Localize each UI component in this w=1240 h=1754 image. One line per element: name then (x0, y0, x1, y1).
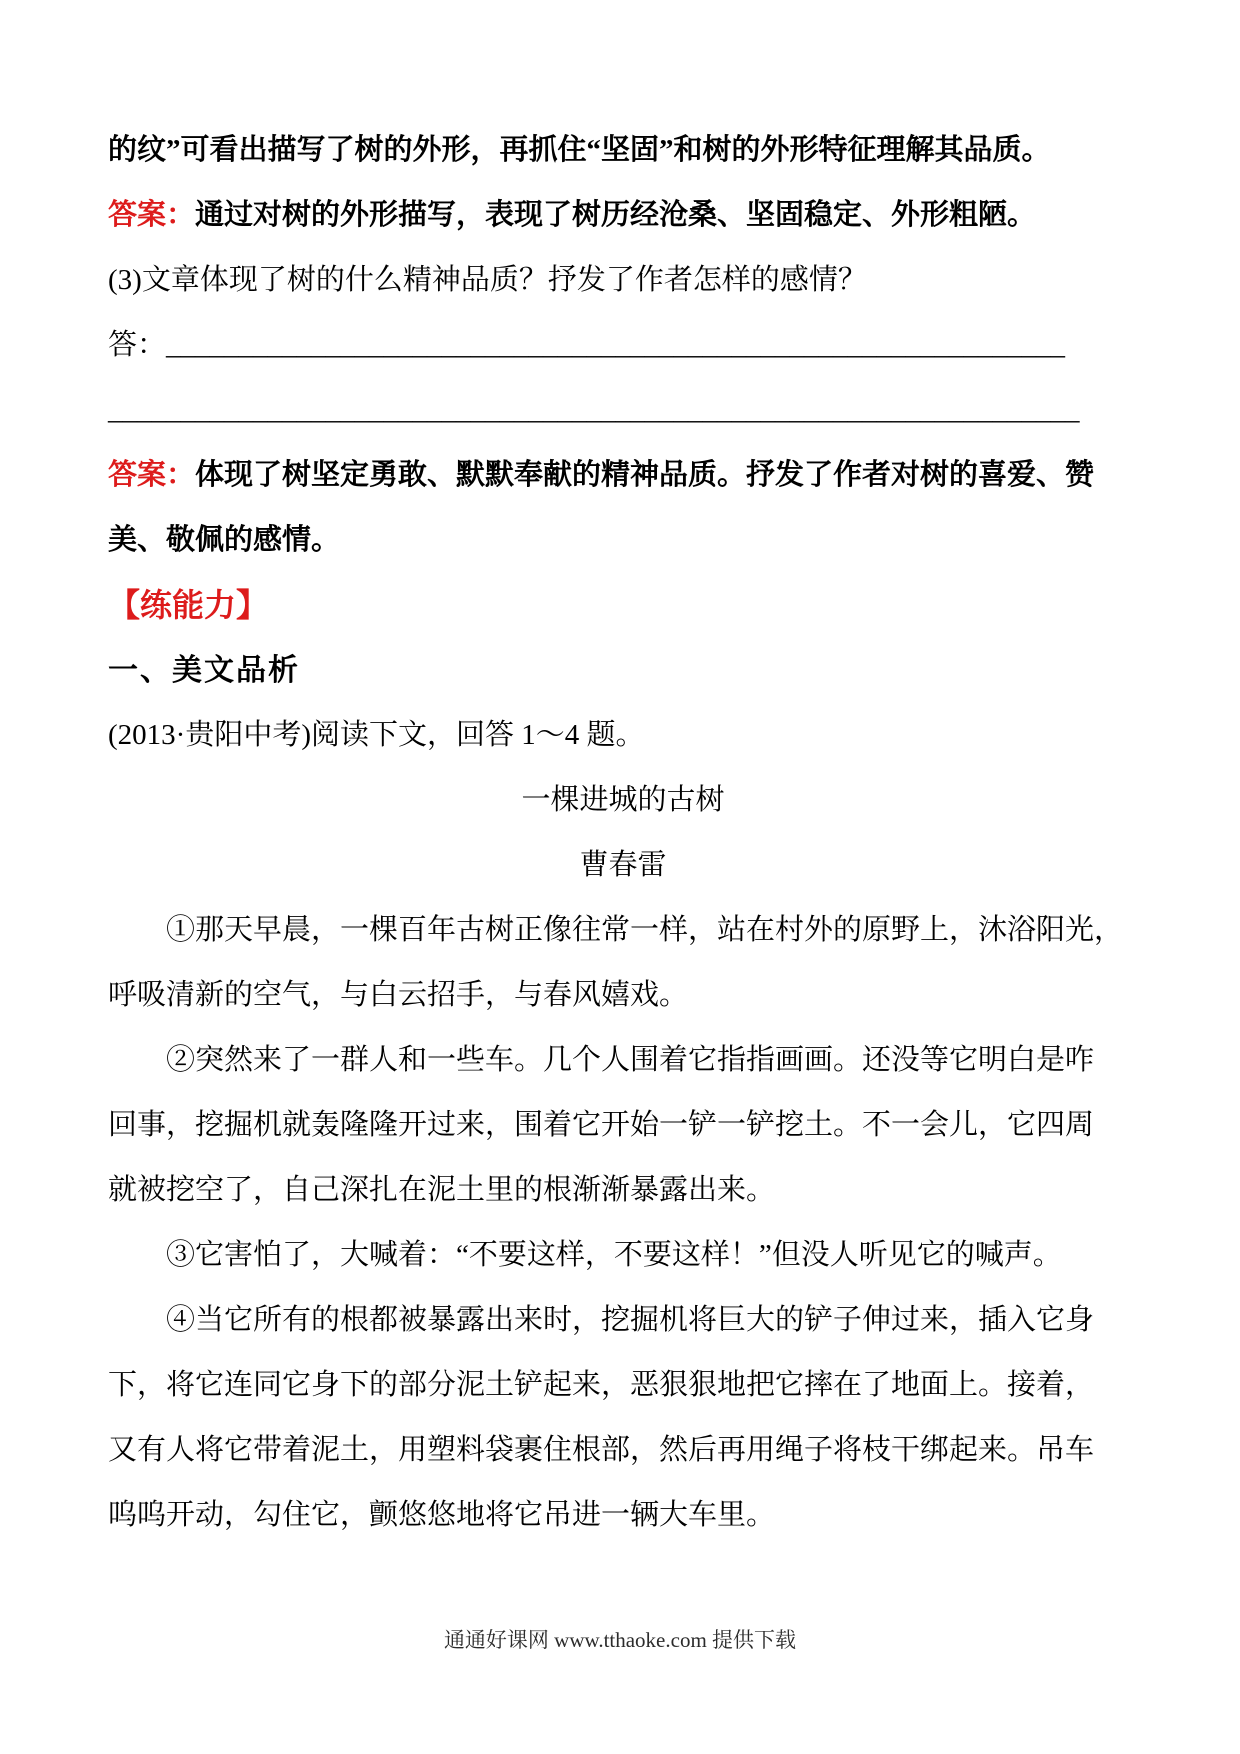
essay-paragraph-line: 又有人将它带着泥土，用塑料袋裹住根部，然后再用绳子将枝干绑起来。吊车 (108, 1418, 1138, 1483)
answer-prompt-label: 答： (108, 329, 166, 361)
essay-author: 曹春雷 (108, 833, 1138, 898)
section-badge: 【练能力】 (108, 573, 1138, 638)
answer-blank-line-2: ________________________________________… (108, 394, 1080, 426)
essay-paragraph-line: ②突然来了一群人和一些车。几个人围着它指指画画。还没等它明白是咋 (108, 1028, 1138, 1093)
answer-blank-line-1: ________________________________________… (166, 329, 1065, 361)
essay-paragraph-line: 呜呜开动，勾住它，颤悠悠地将它吊进一辆大车里。 (108, 1483, 1138, 1548)
answer-prompt-line: 答：______________________________________… (108, 313, 1138, 378)
answer2-label: 答案： (108, 459, 195, 491)
answer1-label: 答案： (108, 199, 195, 231)
document-page: 的纹”可看出描写了树的外形，再抓住“坚固”和树的外形特征理解其品质。 答案：通过… (0, 0, 1240, 1754)
section-heading: 一、美文品析 (108, 638, 1138, 703)
answer2-text-1: 体现了树坚定勇敢、默默奉献的精神品质。抒发了作者对树的喜爱、赞 (195, 459, 1094, 491)
essay-paragraph-line: 下，将它连同它身下的部分泥土铲起来，恶狠狠地把它摔在了地面上。接着， (108, 1353, 1138, 1418)
essay-title: 一棵进城的古树 (108, 768, 1138, 833)
document-body: 的纹”可看出描写了树的外形，再抓住“坚固”和树的外形特征理解其品质。 答案：通过… (108, 118, 1138, 1548)
footer-watermark: 通通好课网 www.tthaoke.com 提供下载 (0, 1614, 1240, 1666)
essay-paragraph-line: ④当它所有的根都被暴露出来时，挖掘机将巨大的铲子伸过来，插入它身 (108, 1288, 1138, 1353)
essay-paragraph-line: 就被挖空了，自己深扎在泥土里的根渐渐暴露出来。 (108, 1158, 1138, 1223)
essay-paragraph-line: ③它害怕了，大喊着：“不要这样，不要这样！”但没人听见它的喊声。 (108, 1223, 1138, 1288)
answer1-line: 答案：通过对树的外形描写，表现了树历经沧桑、坚固稳定、外形粗陋。 (108, 183, 1138, 248)
question3-line: (3)文章体现了树的什么精神品质？抒发了作者怎样的感情？ (108, 248, 1138, 313)
analysis-tail-line: 的纹”可看出描写了树的外形，再抓住“坚固”和树的外形特征理解其品质。 (108, 118, 1138, 183)
essay-paragraph-line: ①那天早晨，一棵百年古树正像往常一样，站在村外的原野上，沐浴阳光， (108, 898, 1138, 963)
answer2-line-1: 答案：体现了树坚定勇敢、默默奉献的精神品质。抒发了作者对树的喜爱、赞 (108, 443, 1138, 508)
answer1-text: 通过对树的外形描写，表现了树历经沧桑、坚固稳定、外形粗陋。 (195, 199, 1036, 231)
exam-source-line: (2013·贵阳中考)阅读下文，回答 1～4 题。 (108, 703, 1138, 768)
answer2-line-2: 美、敬佩的感情。 (108, 508, 1138, 573)
answer-blank-row: ________________________________________… (108, 378, 1138, 443)
essay-paragraph-line: 回事，挖掘机就轰隆隆开过来，围着它开始一铲一铲挖土。不一会儿，它四周 (108, 1093, 1138, 1158)
essay-paragraph-line: 呼吸清新的空气，与白云招手，与春风嬉戏。 (108, 963, 1138, 1028)
